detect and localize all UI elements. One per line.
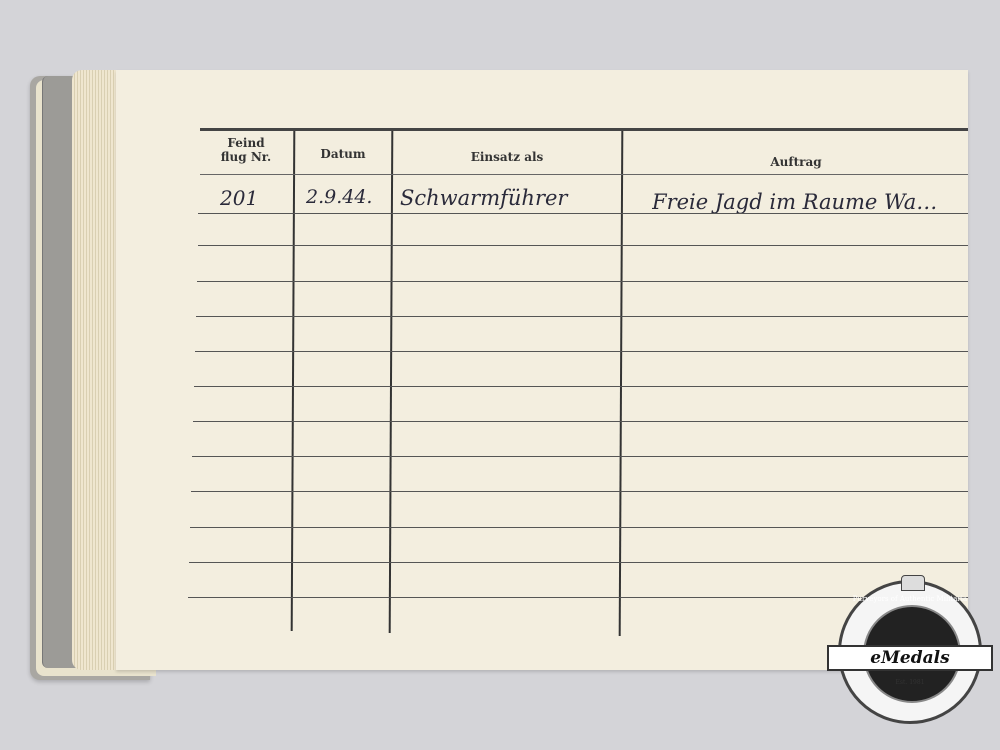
row-rule: [194, 386, 968, 387]
logo-ribbon: eMedals: [827, 645, 993, 671]
header-label: Einsatz als: [471, 150, 544, 164]
header-line1: Feind: [200, 136, 292, 150]
header-bottom-rule: [200, 174, 968, 175]
flight-number: 201: [220, 186, 258, 210]
row-rule: [195, 351, 968, 352]
header-label: Auftrag: [770, 155, 821, 169]
row-rule: [189, 562, 968, 563]
row-rule: [191, 491, 968, 492]
row-rule: [198, 245, 968, 246]
header-auftrag: Auftrag: [624, 155, 968, 169]
header-line2: flug Nr.: [200, 150, 292, 164]
table-top-rule: [200, 128, 968, 131]
mission-description: Freie Jagd im Raume Wa…: [652, 190, 968, 214]
row-rule: [190, 527, 968, 528]
header-einsatz-als: Einsatz als: [394, 150, 620, 164]
header-label: Datum: [320, 147, 365, 161]
header-feindflug-nr: Feind flug Nr.: [200, 136, 292, 164]
row-rule: [197, 281, 968, 282]
logo-tagline: Purveyors of Authentic Militaria: [841, 595, 979, 603]
emedals-watermark-logo: Purveyors of Authentic Militaria eMedals…: [838, 580, 982, 724]
flight-date: 2.9.44.: [306, 186, 372, 208]
mission-role: Schwarmführer: [400, 186, 567, 210]
crown-icon: [901, 575, 925, 591]
header-datum: Datum: [296, 147, 390, 161]
page-edges: [72, 70, 118, 670]
row-rule: [198, 213, 968, 214]
logo-established: Est. 1981: [841, 679, 979, 686]
row-rule: [196, 316, 968, 317]
row-rule: [193, 421, 968, 422]
row-rule: [192, 456, 968, 457]
